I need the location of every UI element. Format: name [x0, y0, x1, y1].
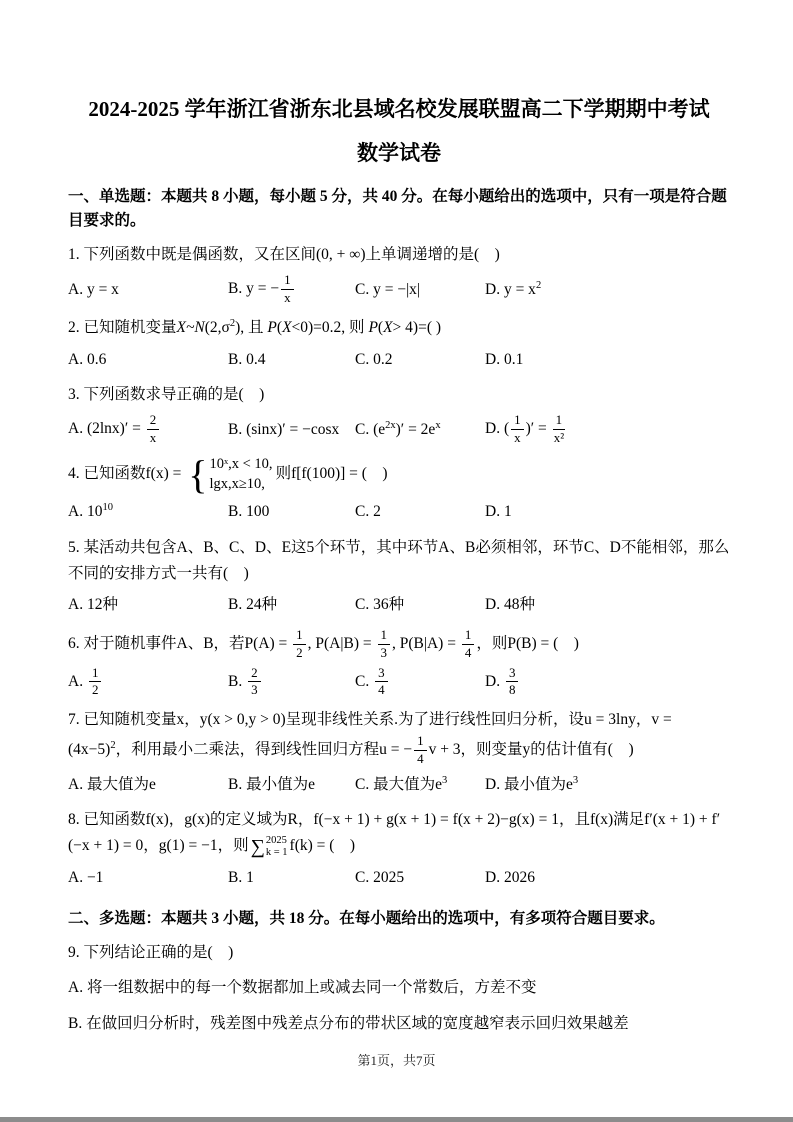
text-run: B. 1: [228, 869, 254, 886]
text-run: A. 10: [68, 503, 102, 520]
q7-option-a: A. 最大值为e: [68, 772, 228, 798]
piecewise-function: {10ˣ,x < 10,lgx,x≥10,: [188, 455, 272, 494]
italic-text-run: X~N: [177, 319, 205, 336]
text-run: B. 0.4: [228, 351, 265, 368]
text-run: , P(B|A) =: [392, 635, 460, 652]
q5-option-d: D. 48种: [485, 592, 730, 618]
section-1-header: 一、单选题：本题共 8 小题，每小题 5 分，共 40 分。在每小题给出的选项中…: [68, 185, 730, 233]
text-run: C. (e: [355, 421, 385, 438]
text-run: )′ = 2e: [396, 421, 436, 438]
text-run: B. (sinx)′ = −cosx: [228, 421, 339, 438]
text-run: A. y = x: [68, 281, 119, 298]
fraction: 14: [414, 734, 427, 767]
text-run: A.: [68, 673, 87, 690]
text-run: , P(A|B) =: [308, 635, 376, 652]
q1-option-d: D. y = x2: [485, 277, 730, 303]
question-7-stem: 7. 已知随机变量x，y(x > 0,y > 0)呈现非线性关系.为了进行线性回…: [68, 707, 730, 766]
text-run: 8. 已知函数f(x)，g(x)的定义域为R，f(−x + 1) + g(x +…: [68, 811, 720, 854]
text-run: 2. 已知随机变量: [68, 319, 177, 336]
q1-option-c: C. y = −|x|: [355, 277, 485, 303]
text-run: ，则P(B) = ( ): [476, 635, 579, 652]
text-run: A. 将一组数据中的每一个数据都加上或减去同一个常数后，方差不变: [68, 979, 536, 996]
question-1-stem: 1. 下列函数中既是偶函数，又在区间(0, + ∞)上单调递增的是( ): [68, 242, 730, 268]
text-run: D. 2026: [485, 869, 535, 886]
question-4-options: A. 1010 B. 100 C. 2 D. 1: [68, 499, 730, 525]
text-run: B. y = −: [228, 280, 279, 297]
text-run: 1. 下列函数中既是偶函数，又在区间(0, + ∞)上单调递增的是( ): [68, 246, 500, 263]
superscript: 10: [102, 502, 113, 513]
q4-option-d: D. 1: [485, 499, 730, 525]
superscript: 3: [573, 774, 578, 785]
q5-option-c: C. 36种: [355, 592, 485, 618]
fraction: 23: [248, 666, 261, 699]
q4-option-c: C. 2: [355, 499, 485, 525]
q2-option-b: B. 0.4: [228, 347, 355, 373]
text-run: v + 3，则变量y的估计值有( ): [429, 741, 634, 758]
text-run: > 4)=( ): [393, 319, 441, 336]
text-run: A. −1: [68, 869, 103, 886]
q7-option-d: D. 最小值为e3: [485, 772, 730, 798]
q6-option-c: C. 34: [355, 666, 485, 699]
question-7-options: A. 最大值为e B. 最小值为e C. 最大值为e3 D. 最小值为e3: [68, 772, 730, 798]
question-2-stem: 2. 已知随机变量X~N(2,σ2), 且 P(X<0)=0.2, 则 P(X>…: [68, 315, 730, 341]
text-run: B. 最小值为e: [228, 776, 315, 793]
q4-option-a: A. 1010: [68, 499, 228, 525]
text-run: A. 0.6: [68, 351, 106, 368]
q7-option-c: C. 最大值为e3: [355, 772, 485, 798]
q4-option-b: B. 100: [228, 499, 355, 525]
fraction: 12: [89, 666, 102, 699]
superscript: 2x: [385, 419, 396, 430]
text-run: A. (2lnx)′ =: [68, 420, 145, 437]
text-run: C. 2025: [355, 869, 404, 886]
fraction: 34: [375, 666, 388, 699]
q9-option-b: B. 在做回归分析时，残差图中残差点分布的带状区域的宽度越窄表示回归效果越差: [68, 1011, 730, 1037]
page-bottom-edge: [0, 1117, 793, 1122]
text-run: 5. 某活动共包含A、B、C、D、E这5个环节，其中环节A、B必须相邻，环节C、…: [68, 539, 729, 582]
question-4-stem: 4. 已知函数f(x) = {10ˣ,x < 10,lgx,x≥10,则f[f(…: [68, 455, 730, 494]
fraction: 1x: [511, 413, 524, 446]
exam-title-line1: 2024-2025 学年浙江省浙东北县域名校发展联盟高二下学期期中考试: [68, 94, 730, 126]
text-run: A. 最大值为e: [68, 776, 156, 793]
fraction: 2x: [147, 413, 160, 446]
text-run: <0)=0.2, 则: [292, 319, 369, 336]
question-3-stem: 3. 下列函数求导正确的是( ): [68, 382, 730, 408]
section-2-header: 二、多选题：本题共 3 小题，共 18 分。在每小题给出的选项中，有多项符合题目…: [68, 907, 730, 931]
text-run: D.: [485, 673, 504, 690]
text-run: D. 48种: [485, 596, 535, 613]
text-run: C.: [355, 673, 373, 690]
question-8-stem: 8. 已知函数f(x)，g(x)的定义域为R，f(−x + 1) + g(x +…: [68, 807, 730, 860]
question-6-stem: 6. 对于随机事件A、B，若P(A) = 12, P(A|B) = 13, P(…: [68, 628, 730, 661]
q3-option-d: D. (1x)′ = 1x²: [485, 413, 730, 446]
q8-option-c: C. 2025: [355, 865, 485, 891]
text-run: 3. 下列函数求导正确的是( ): [68, 386, 264, 403]
question-2-options: A. 0.6 B. 0.4 C. 0.2 D. 0.1: [68, 347, 730, 373]
q5-option-a: A. 12种: [68, 592, 228, 618]
q6-option-a: A. 12: [68, 666, 228, 699]
italic-text-run: X: [282, 319, 291, 336]
superscript: 2: [536, 279, 541, 290]
q6-option-b: B. 23: [228, 666, 355, 699]
text-run: 则f[f(100)] = ( ): [276, 465, 388, 482]
q6-option-d: D. 38: [485, 666, 730, 699]
text-run: D. 0.1: [485, 351, 523, 368]
text-run: D. 最小值为e: [485, 776, 573, 793]
text-run: ，利用最小二乘法，得到线性回归方程u = −: [116, 741, 412, 758]
question-1-options: A. y = x B. y = −1x C. y = −|x| D. y = x…: [68, 273, 730, 306]
question-8-options: A. −1 B. 1 C. 2025 D. 2026: [68, 865, 730, 891]
q3-option-a: A. (2lnx)′ = 2x: [68, 413, 228, 446]
q1-option-b: B. y = −1x: [228, 273, 355, 306]
text-run: C. 最大值为e: [355, 776, 442, 793]
italic-text-run: X: [383, 319, 392, 336]
fraction: 13: [378, 628, 391, 661]
q2-option-d: D. 0.1: [485, 347, 730, 373]
text-run: ), 且: [235, 319, 267, 336]
fraction: 14: [462, 628, 475, 661]
q2-option-a: A. 0.6: [68, 347, 228, 373]
text-run: 6. 对于随机事件A、B，若P(A) =: [68, 635, 291, 652]
text-run: f(k) = ( ): [290, 837, 356, 854]
question-3-options: A. (2lnx)′ = 2x B. (sinx)′ = −cosx C. (e…: [68, 413, 730, 446]
italic-text-run: P: [368, 319, 377, 336]
text-run: C. 36种: [355, 596, 404, 613]
text-run: C. y = −|x|: [355, 281, 420, 298]
exam-page: 2024-2025 学年浙江省浙东北县域名校发展联盟高二下学期期中考试 数学试卷…: [68, 94, 730, 1037]
q1-option-a: A. y = x: [68, 277, 228, 303]
fraction: 1x²: [553, 413, 566, 446]
superscript: x: [435, 419, 440, 430]
text-run: A. 12种: [68, 596, 118, 613]
text-run: D. (: [485, 420, 509, 437]
text-run: 9. 下列结论正确的是( ): [68, 944, 233, 961]
q8-option-d: D. 2026: [485, 865, 730, 891]
exam-title-line2: 数学试卷: [68, 138, 730, 170]
q9-option-a: A. 将一组数据中的每一个数据都加上或减去同一个常数后，方差不变: [68, 975, 730, 1001]
text-run: B. 100: [228, 503, 269, 520]
q2-option-c: C. 0.2: [355, 347, 485, 373]
q7-option-b: B. 最小值为e: [228, 772, 355, 798]
text-run: C. 0.2: [355, 351, 392, 368]
q8-option-a: A. −1: [68, 865, 228, 891]
question-9-stem: 9. 下列结论正确的是( ): [68, 940, 730, 966]
superscript: 3: [442, 774, 447, 785]
text-run: B. 24种: [228, 596, 277, 613]
q3-option-c: C. (e2x)′ = 2ex: [355, 417, 485, 443]
fraction: 1x: [281, 273, 294, 306]
text-run: )′ =: [526, 420, 551, 437]
text-run: C. 2: [355, 503, 381, 520]
summation-symbol: ∑2025k = 1: [251, 835, 288, 859]
fraction: 12: [293, 628, 306, 661]
page-footer: 第1页，共7页: [0, 1050, 793, 1069]
question-6-options: A. 12 B. 23 C. 34 D. 38: [68, 666, 730, 699]
text-run: B.: [228, 673, 246, 690]
q8-option-b: B. 1: [228, 865, 355, 891]
question-5-options: A. 12种 B. 24种 C. 36种 D. 48种: [68, 592, 730, 618]
italic-text-run: P: [267, 319, 276, 336]
q3-option-b: B. (sinx)′ = −cosx: [228, 417, 355, 443]
q5-option-b: B. 24种: [228, 592, 355, 618]
question-5-stem: 5. 某活动共包含A、B、C、D、E这5个环节，其中环节A、B必须相邻，环节C、…: [68, 535, 730, 588]
text-run: B. 在做回归分析时，残差图中残差点分布的带状区域的宽度越窄表示回归效果越差: [68, 1015, 629, 1032]
fraction: 38: [506, 666, 519, 699]
text-run: D. y = x: [485, 281, 536, 298]
text-run: 4. 已知函数f(x) =: [68, 465, 185, 482]
text-run: (2,σ: [205, 319, 230, 336]
text-run: D. 1: [485, 503, 512, 520]
